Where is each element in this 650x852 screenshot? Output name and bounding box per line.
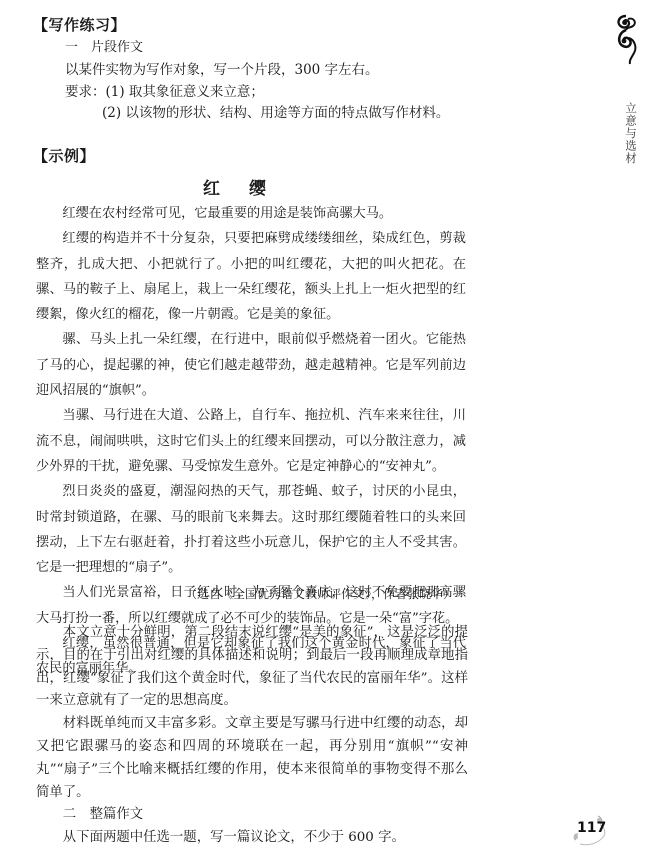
commentary: 本文立意十分鲜明，第二段结末说红缨“是美的象征”，这是泛泛的提示，目的在于引出对… [36, 622, 468, 850]
commentary-paragraph: 材料既单纯而又丰富多彩。文章主要是写骡马行进中红缨的动态，却又把它跟骡马的姿态和… [36, 713, 468, 804]
title-char-1: 红 [203, 179, 221, 199]
part2-title: 二 整篇作文 [36, 804, 468, 827]
example-paragraph: 烈日炎炎的盛夏，潮湿闷热的天气，那苍蝇、蚊子，讨厌的小昆虫，时常封锁道路，在骡、… [36, 479, 466, 580]
part2-task: 从下面两题中任选一题，写一篇议论文，不少于 600 字。 [36, 827, 468, 850]
example-paragraph: 当骡、马行进在大道、公路上，自行车、拖拉机、汽车来来往往，川流不息，闹闹哄哄，这… [36, 403, 466, 479]
example-paragraph: 骡、马头上扎一朵红缨，在行进中，眼前似乎燃烧着一团火。它能热了马的心，提起骡的神… [36, 327, 466, 403]
example-source: （选自《全国优秀语文教师评作文》，作者张晓华） [185, 585, 455, 602]
commentary-paragraph: 本文立意十分鲜明，第二段结末说红缨“是美的象征”，这是泛泛的提示，目的在于引出对… [36, 622, 468, 713]
part1-task: 以某件实物为写作对象，写一个片段，300 字左右。 [65, 64, 379, 78]
chapter-label: 立意与选材 [623, 102, 637, 165]
practice-heading: 【写作练习】 [33, 14, 126, 35]
requirement-2: (2) 以该物的形状、结构、用途等方面的特点做写作材料。 [102, 107, 449, 121]
example-title: 红缨 [0, 174, 470, 199]
example-paragraph: 红缨在农村经常可见，它最重要的用途是装饰高骡大马。 [36, 201, 466, 226]
page-number: 117 [577, 820, 606, 836]
example-body: 红缨在农村经常可见，它最重要的用途是装饰高骡大马。 红缨的构造并不十分复杂，只要… [36, 201, 466, 682]
part1-title: 一 片段作文 [65, 41, 143, 54]
example-paragraph: 红缨的构造并不十分复杂，只要把麻劈成缕缕细丝，染成红色，剪裁整齐，扎成大把、小把… [36, 226, 466, 327]
example-heading: 【示例】 [33, 145, 95, 166]
floral-scroll-ornament-icon [613, 13, 639, 65]
textbook-page: 立意与选材 【写作练习】 一 片段作文 以某件实物为写作对象，写一个片段，300… [0, 0, 650, 852]
title-char-2: 缨 [249, 179, 267, 199]
requirement-1: 要求：(1) 取其象征意义来立意； [65, 86, 264, 100]
